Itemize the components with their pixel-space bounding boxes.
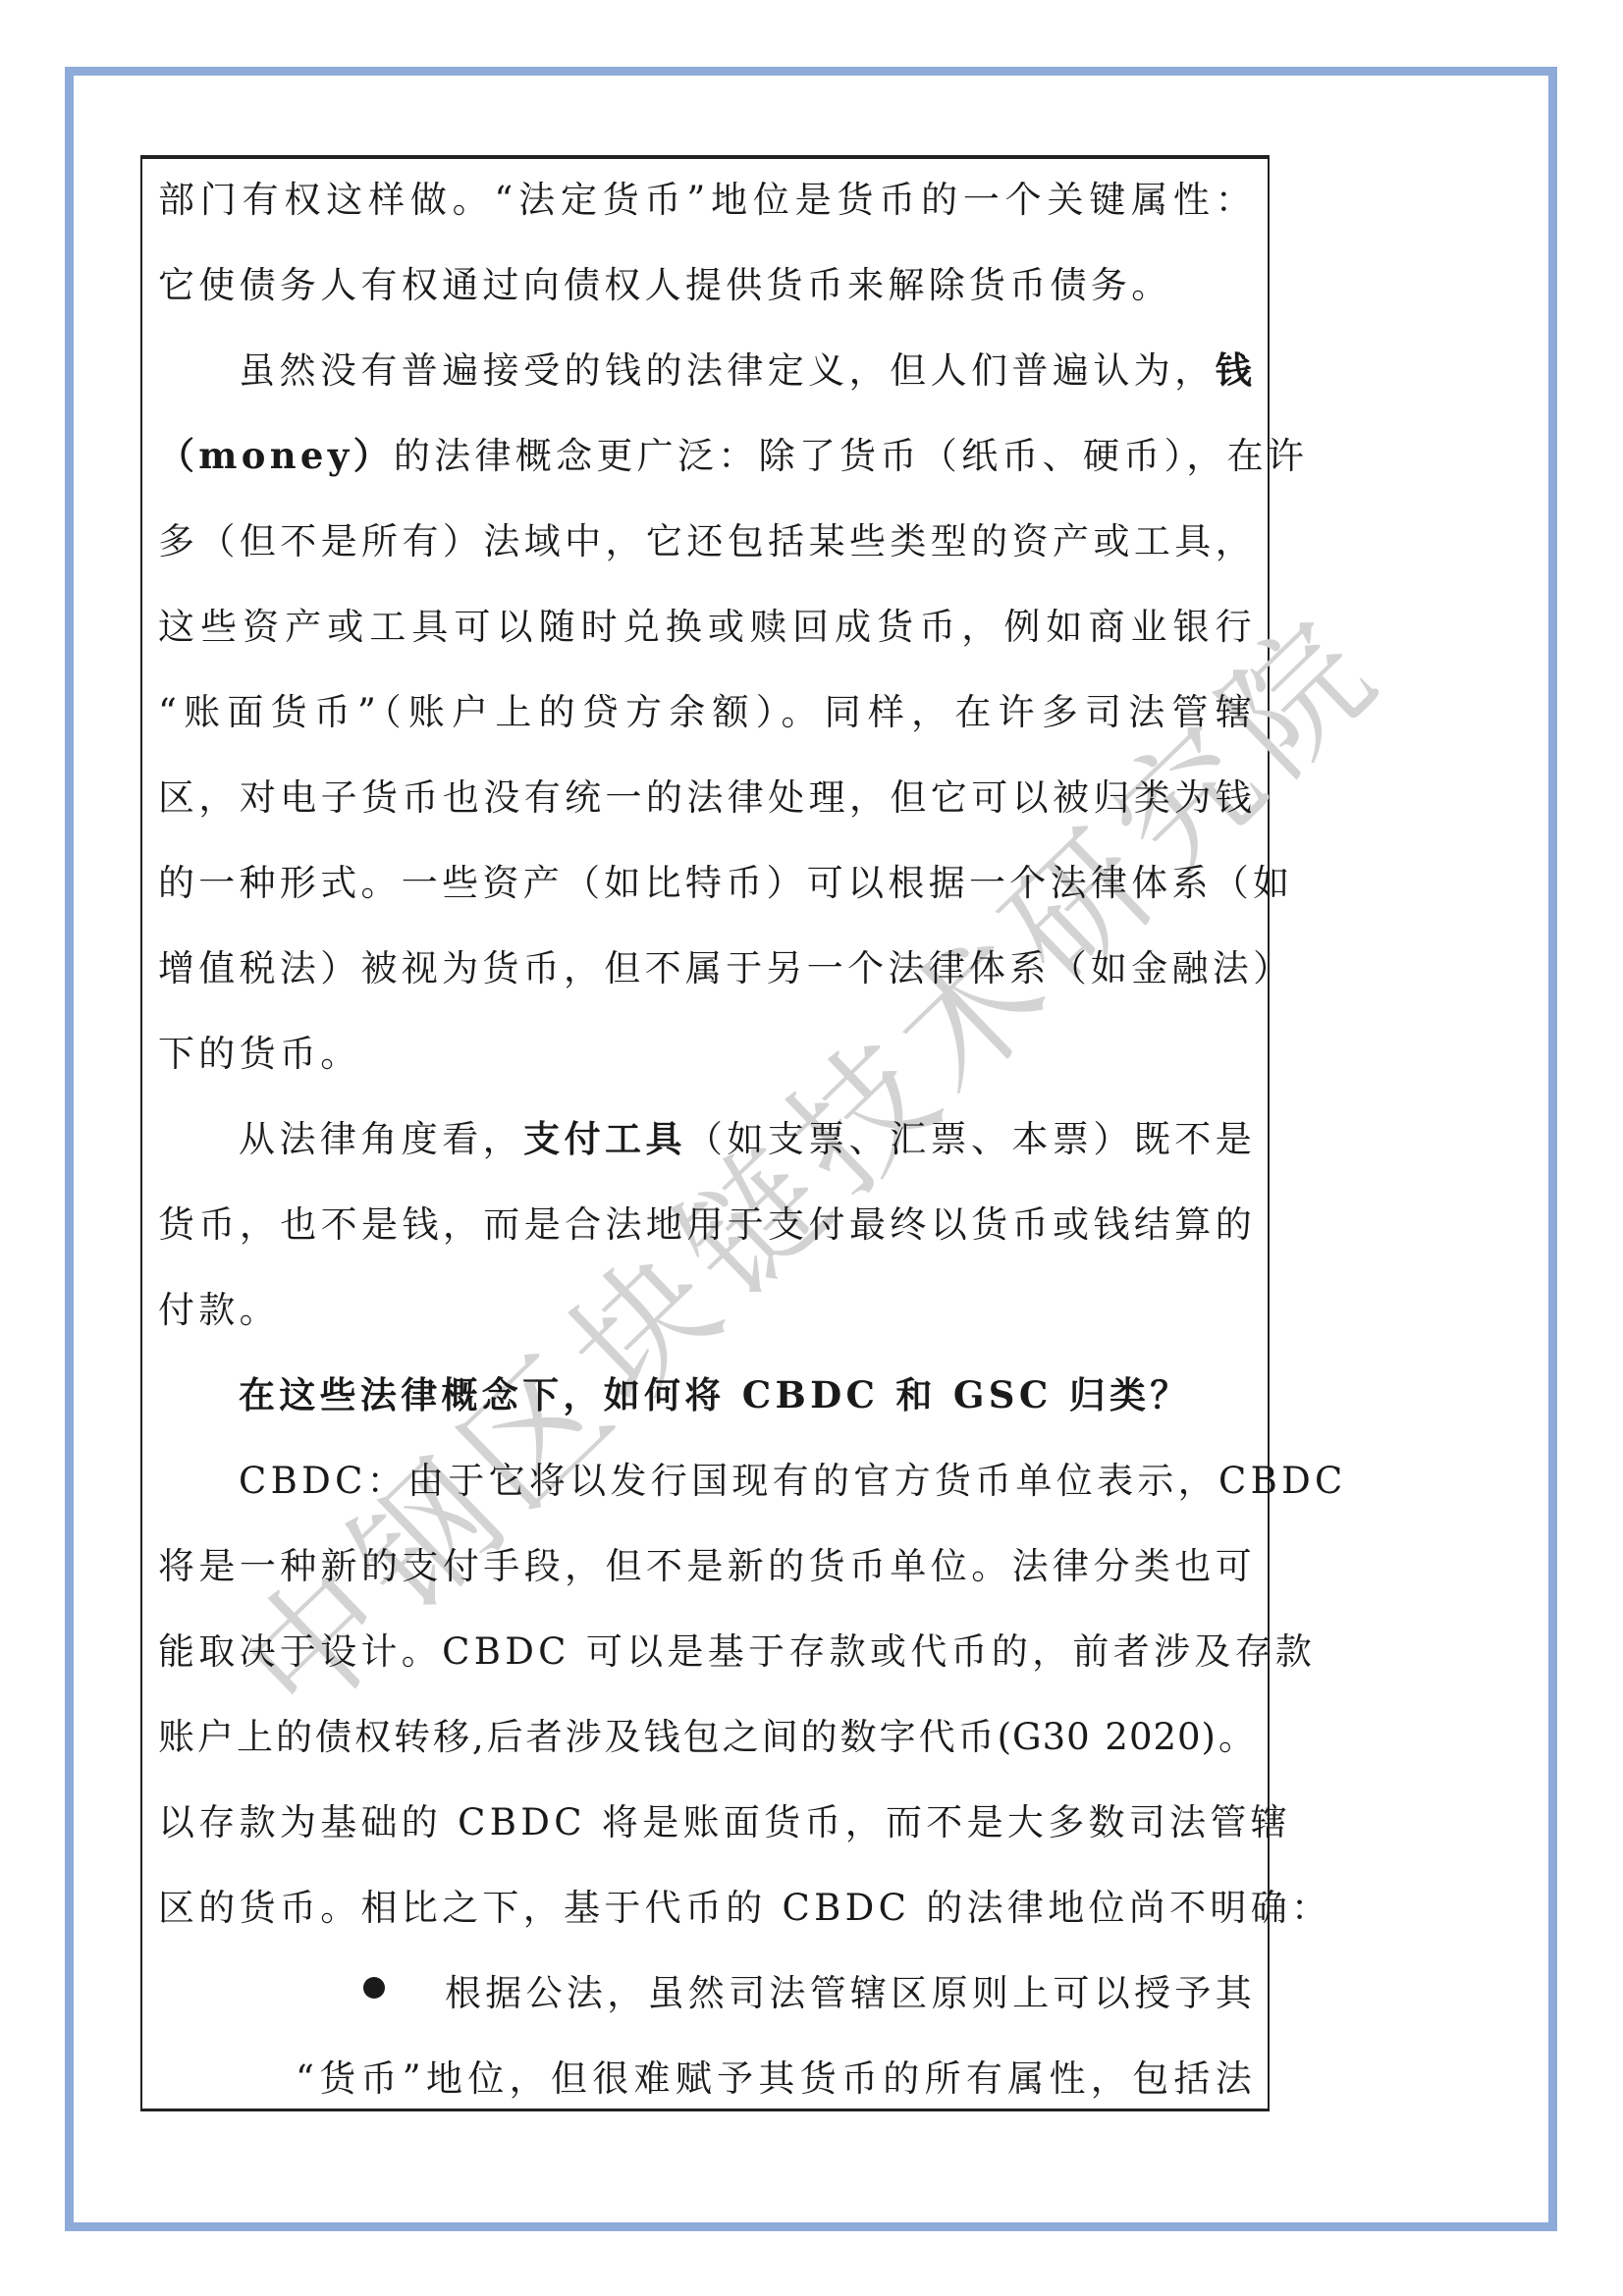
text-line: 以存款为基础的 CBDC 将是账面货币，而不是大多数司法管辖 [158,1780,1256,1865]
paragraph-money-definition: 虽然没有普遍接受的钱的法律定义，但人们普遍认为，钱 [239,328,1256,413]
paragraph-payment-instruments: 从法律角度看，支付工具（如支票、汇票、本票）既不是 [239,1096,1256,1182]
text-line: 区的货币。相比之下，基于代币的 CBDC 的法律地位尚不明确： [158,1865,1256,1950]
text-line: 部门有权这样做。“法定货币”地位是货币的一个关键属性： [158,157,1256,242]
term-payment-instruments: 支付工具 [523,1117,686,1160]
text-line: 账户上的债权转移,后者涉及钱包之间的数字代币(G30 2020)。 [158,1694,1256,1780]
text-line: 多（但不是所有）法域中，它还包括某些类型的资产或工具， [158,499,1256,584]
text-line: （money）的法律概念更广泛：除了货币（纸币、硬币），在许 [158,413,1256,499]
bullet-item-continuation: “货币”地位，但很难赋予其货币的所有属性，包括法 [296,2036,1256,2121]
term-money-en: （money） [158,434,394,477]
text-line: “账面货币”（账户上的贷方余额）。同样，在许多司法管辖 [158,669,1256,755]
text-line: 付款。 [158,1267,280,1353]
text-line: 将是一种新的支付手段，但不是新的货币单位。法律分类也可 [158,1523,1256,1609]
text-line: 能取决于设计。CBDC 可以是基于存款或代币的，前者涉及存款 [158,1609,1256,1694]
text-line: 的一种形式。一些资产（如比特币）可以根据一个法律体系（如 [158,840,1256,926]
text-line: 这些资产或工具可以随时兑换或赎回成货币，例如商业银行 [158,584,1256,669]
text-line: 增值税法）被视为货币，但不属于另一个法律体系（如金融法） [158,926,1256,1011]
text-line: 它使债务人有权通过向债权人提供货币来解除货币债务。 [158,242,1172,328]
text-line: 下的货币。 [158,1011,361,1096]
paragraph-cbdc: CBDC：由于它将以发行国现有的官方货币单位表示，CBDC [239,1438,1256,1523]
text-line: 货币，也不是钱，而是合法地用于支付最终以货币或钱结算的 [158,1182,1256,1267]
bullet-icon [363,1977,385,1999]
section-heading: 在这些法律概念下，如何将 CBDC 和 GSC 归类？ [239,1353,1191,1438]
term-money: 钱 [1216,348,1256,392]
bullet-item: 根据公法，虽然司法管辖区原则上可以授予其 [445,1950,1256,2036]
text-line: 区，对电子货币也没有统一的法律处理，但它可以被归类为钱 [158,755,1256,840]
